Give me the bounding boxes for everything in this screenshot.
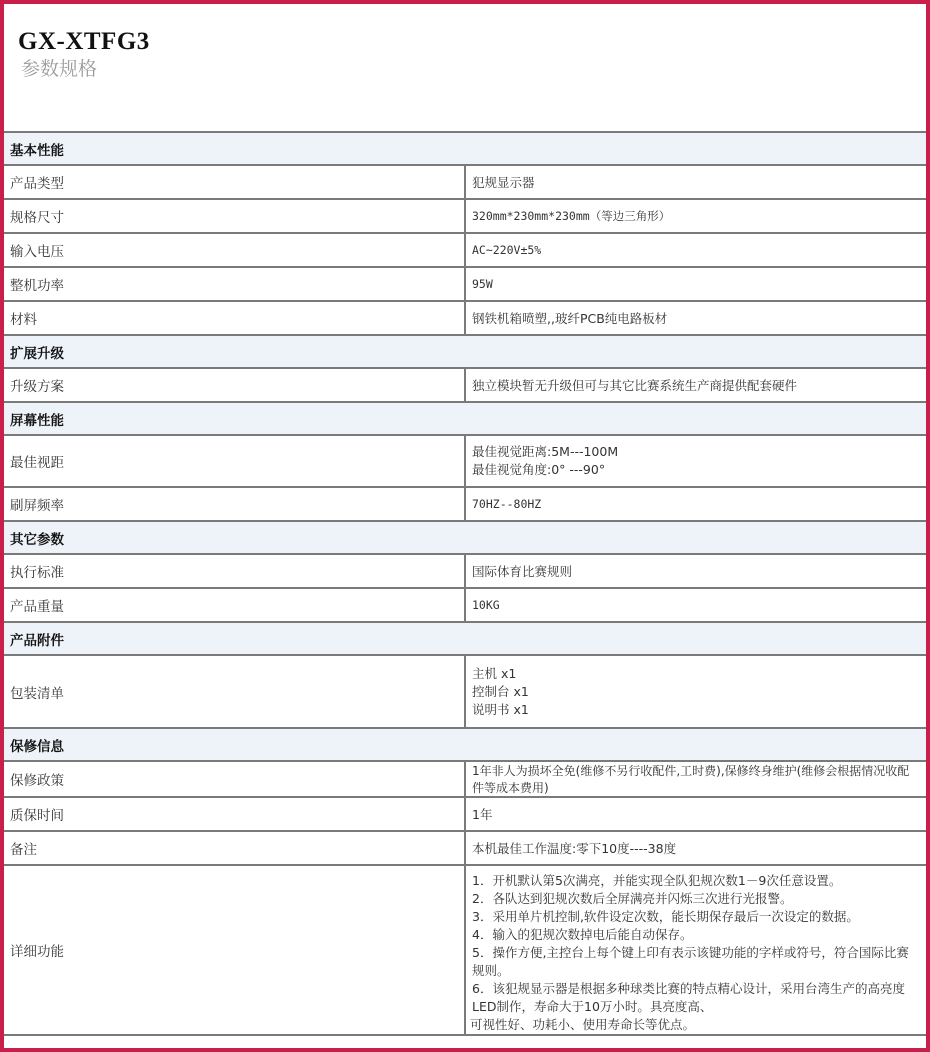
feature-line: 4．输入的犯规次数掉电后能自动保存。 — [472, 926, 920, 944]
feature-line: 1．开机默认第5次满亮，并能实现全队犯规次数1－9次任意设置。 — [472, 872, 920, 890]
row-label: 执行标准 — [4, 554, 465, 588]
row-value: 10KG — [465, 588, 926, 622]
section-title: 屏幕性能 — [4, 402, 926, 435]
section-title: 产品附件 — [4, 622, 926, 655]
model-title: GX-XTFG3 — [18, 28, 150, 56]
value-line: 说明书 x1 — [472, 701, 920, 719]
page-header: GX-XTFG3 参数规格 — [18, 28, 150, 82]
table-row: 包装清单 主机 x1 控制台 x1 说明书 x1 — [4, 655, 926, 728]
table-row: 质保时间 1年 — [4, 797, 926, 831]
row-value: 1．开机默认第5次满亮，并能实现全队犯规次数1－9次任意设置。 2．各队达到犯规… — [465, 865, 926, 1035]
table-row: 材料 钢铁机箱喷塑,,玻纤PCB纯电路板材 — [4, 301, 926, 335]
row-label: 升级方案 — [4, 368, 465, 402]
row-value: 国际体育比赛规则 — [465, 554, 926, 588]
value-line: 最佳视觉角度:0° ---90° — [472, 461, 920, 479]
row-value: 70HZ--80HZ — [465, 487, 926, 521]
table-row: 最佳视距 最佳视觉距离:5M---100M 最佳视觉角度:0° ---90° — [4, 435, 926, 487]
table-row: 产品重量 10KG — [4, 588, 926, 622]
row-label: 保修政策 — [4, 761, 465, 797]
section-title: 基本性能 — [4, 132, 926, 165]
row-label: 产品重量 — [4, 588, 465, 622]
section-header-screen: 屏幕性能 — [4, 402, 926, 435]
table-row: 升级方案 独立模块暂无升级但可与其它比赛系统生产商提供配套硬件 — [4, 368, 926, 402]
row-label: 材料 — [4, 301, 465, 335]
row-value: 1年非人为损坏全免(维修不另行收配件,工时费),保修终身维护(维修会根据情况收配… — [465, 761, 926, 797]
row-label: 输入电压 — [4, 233, 465, 267]
row-value: 最佳视觉距离:5M---100M 最佳视觉角度:0° ---90° — [465, 435, 926, 487]
row-label: 包装清单 — [4, 655, 465, 728]
table-row: 规格尺寸 320mm*230mm*230mm（等边三角形） — [4, 199, 926, 233]
table-row: 整机功率 95W — [4, 267, 926, 301]
feature-line: 6．该犯规显示器是根据多种球类比赛的特点精心设计，采用台湾生产的高亮度LED制作… — [472, 980, 920, 1016]
row-label: 产品类型 — [4, 165, 465, 199]
spec-table: 基本性能 产品类型 犯规显示器 规格尺寸 320mm*230mm*230mm（等… — [4, 131, 926, 1036]
page-subtitle: 参数规格 — [21, 56, 150, 82]
row-label: 质保时间 — [4, 797, 465, 831]
section-title: 其它参数 — [4, 521, 926, 554]
section-header-upgrade: 扩展升级 — [4, 335, 926, 368]
row-value: 钢铁机箱喷塑,,玻纤PCB纯电路板材 — [465, 301, 926, 335]
table-row: 详细功能 1．开机默认第5次满亮，并能实现全队犯规次数1－9次任意设置。 2．各… — [4, 865, 926, 1035]
row-value: AC~220V±5% — [465, 233, 926, 267]
section-title: 扩展升级 — [4, 335, 926, 368]
value-line: 主机 x1 — [472, 665, 920, 683]
row-label: 备注 — [4, 831, 465, 865]
row-value: 1年 — [465, 797, 926, 831]
feature-line: 2．各队达到犯规次数后全屏满亮并闪烁三次进行光报警。 — [472, 890, 920, 908]
table-row: 输入电压 AC~220V±5% — [4, 233, 926, 267]
section-title: 保修信息 — [4, 728, 926, 761]
table-row: 备注 本机最佳工作温度:零下10度----38度 — [4, 831, 926, 865]
row-value: 95W — [465, 267, 926, 301]
row-value: 320mm*230mm*230mm（等边三角形） — [465, 199, 926, 233]
row-value: 本机最佳工作温度:零下10度----38度 — [465, 831, 926, 865]
section-header-warranty: 保修信息 — [4, 728, 926, 761]
table-row: 刷屏频率 70HZ--80HZ — [4, 487, 926, 521]
feature-line: 可视性好、功耗小、使用寿命长等优点。 — [470, 1016, 920, 1034]
row-label: 最佳视距 — [4, 435, 465, 487]
row-label: 规格尺寸 — [4, 199, 465, 233]
row-value: 主机 x1 控制台 x1 说明书 x1 — [465, 655, 926, 728]
row-label: 详细功能 — [4, 865, 465, 1035]
feature-line: 3．采用单片机控制,软件设定次数，能长期保存最后一次设定的数据。 — [472, 908, 920, 926]
section-header-accessories: 产品附件 — [4, 622, 926, 655]
row-label: 整机功率 — [4, 267, 465, 301]
value-line: 最佳视觉距离:5M---100M — [472, 443, 920, 461]
table-row: 保修政策 1年非人为损坏全免(维修不另行收配件,工时费),保修终身维护(维修会根… — [4, 761, 926, 797]
feature-line: 5．操作方便,主控台上每个键上印有表示该键功能的字样或符号，符合国际比赛规则。 — [472, 944, 920, 980]
table-row: 产品类型 犯规显示器 — [4, 165, 926, 199]
row-value: 犯规显示器 — [465, 165, 926, 199]
table-row: 执行标准 国际体育比赛规则 — [4, 554, 926, 588]
section-header-other: 其它参数 — [4, 521, 926, 554]
value-line: 控制台 x1 — [472, 683, 920, 701]
section-header-basic: 基本性能 — [4, 132, 926, 165]
row-label: 刷屏频率 — [4, 487, 465, 521]
row-value: 独立模块暂无升级但可与其它比赛系统生产商提供配套硬件 — [465, 368, 926, 402]
